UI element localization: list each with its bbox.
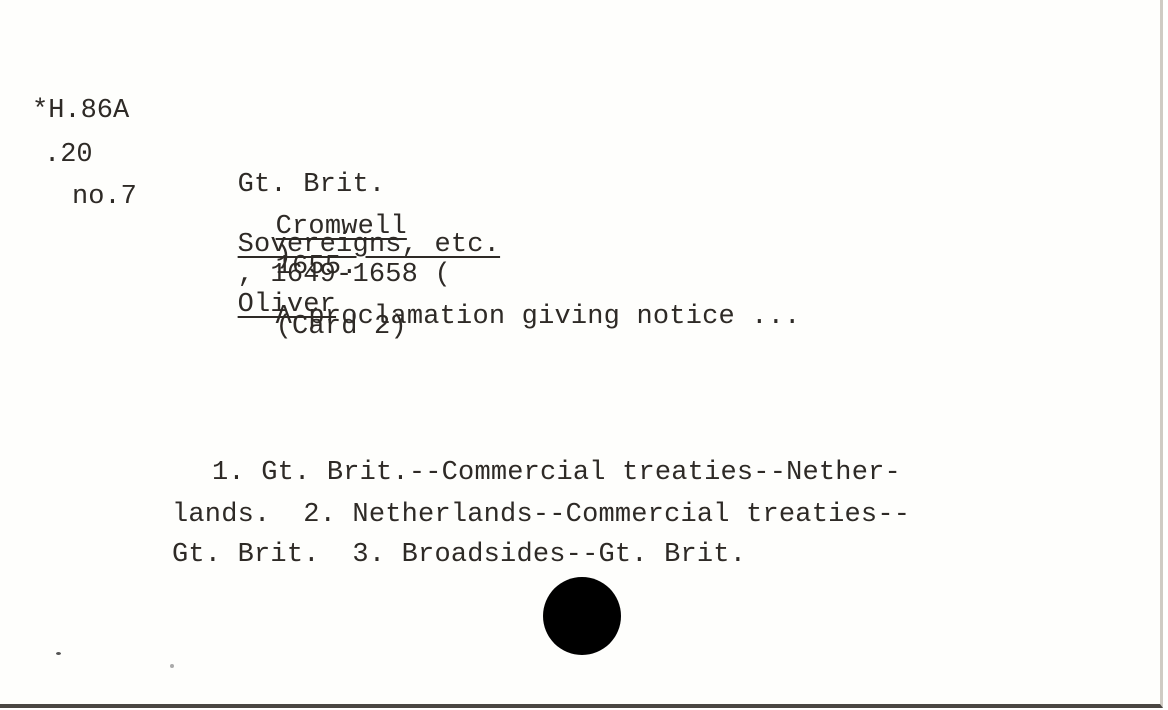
call-number-line-2: .20: [44, 140, 93, 170]
publication-year: 1655.: [276, 252, 358, 282]
punch-hole: [543, 577, 621, 655]
call-number-line-3: no.7: [72, 182, 137, 212]
speck-mark: [56, 652, 61, 655]
catalog-card: *H.86A .20 no.7 Gt. Brit. Sovereigns, et…: [0, 0, 1163, 708]
tracing-line-2: lands. 2. Netherlands--Commercial treati…: [172, 500, 910, 530]
tracing-line-3: Gt. Brit. 3. Broadsides--Gt. Brit.: [172, 540, 746, 570]
tracing-line-1: 1. Gt. Brit.--Commercial treaties--Nethe…: [212, 458, 901, 488]
speck-mark: [170, 664, 174, 668]
card-number: (Card 2): [276, 312, 407, 342]
call-number-line-1: *H.86A: [32, 96, 129, 126]
main-entry-line-3: 1655. (Card 2): [210, 222, 407, 372]
